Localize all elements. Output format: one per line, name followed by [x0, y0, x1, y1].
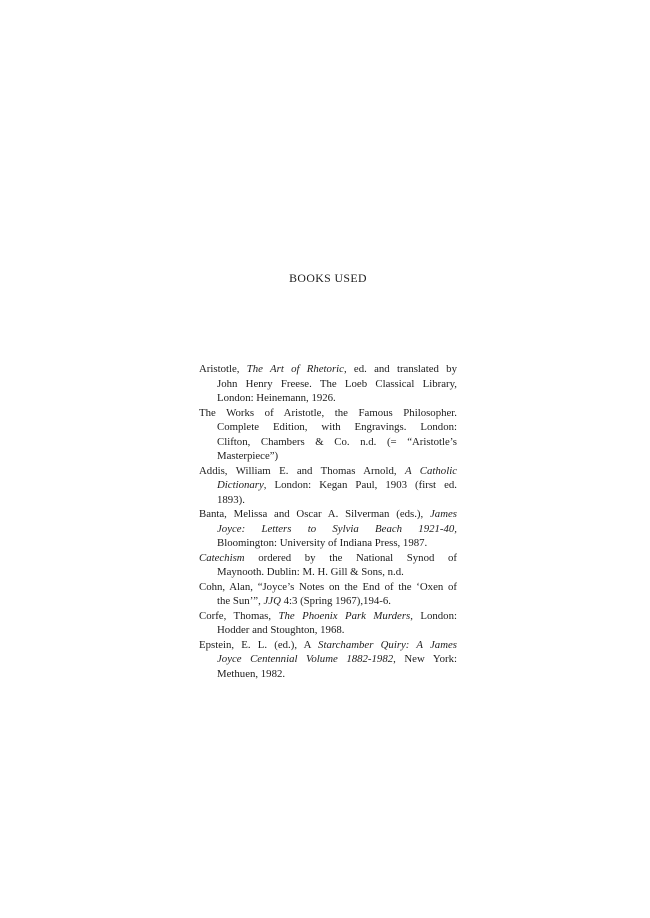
bib-line: Maynooth. Dublin: M. H. Gill & Sons, n.d…: [199, 565, 457, 580]
text-segment: The Works of Aristotle, the Famous Philo…: [199, 407, 457, 419]
text-segment: Masterpiece”): [217, 450, 278, 462]
bib-line: Masterpiece”): [199, 449, 457, 464]
book-title-italic: Catechism: [199, 552, 245, 564]
book-title-italic: Starchamber Quiry: A James: [318, 639, 457, 651]
bibliography-entry: Cohn, Alan, “Joyce’s Notes on the End of…: [199, 580, 457, 609]
bib-line: Complete Edition, with Engravings. Londo…: [199, 420, 457, 435]
text-segment: , London:: [410, 610, 457, 622]
bibliography-entry: The Works of Aristotle, the Famous Philo…: [199, 406, 457, 464]
bibliography-entry: Corfe, Thomas, The Phoenix Park Murders,…: [199, 609, 457, 638]
bibliography: Aristotle, The Art of Rhetoric, ed. and …: [199, 362, 457, 681]
text-segment: the Sun’”,: [217, 595, 263, 607]
book-title-italic: James: [430, 508, 457, 520]
bib-line: the Sun’”, JJQ 4:3 (Spring 1967),194-6.: [199, 594, 457, 609]
bib-line: Clifton, Chambers & Co. n.d. (= “Aristot…: [199, 435, 457, 450]
text-segment: ordered by the National Synod of: [245, 552, 457, 564]
bib-line: Joyce Centennial Volume 1882-1982, New Y…: [199, 652, 457, 667]
text-segment: Complete Edition, with Engravings. Londo…: [217, 421, 457, 433]
text-segment: Cohn, Alan, “Joyce’s Notes on the End of…: [199, 581, 457, 593]
book-title-italic: The Art of Rhetoric: [247, 363, 344, 375]
book-title-italic: Joyce: Letters to Sylvia Beach 1921-40,: [217, 523, 457, 535]
book-page: BOOKS USED Aristotle, The Art of Rhetori…: [0, 0, 650, 918]
bib-line: Cohn, Alan, “Joyce’s Notes on the End of…: [199, 580, 457, 595]
text-segment: Aristotle,: [199, 363, 247, 375]
bibliography-entry: Catechism ordered by the National Synod …: [199, 551, 457, 580]
bib-line: Hodder and Stoughton, 1968.: [199, 623, 457, 638]
page-title: BOOKS USED: [199, 271, 457, 285]
text-segment: Maynooth. Dublin: M. H. Gill & Sons, n.d…: [217, 566, 404, 578]
bibliography-entry: Epstein, E. L. (ed.), A Starchamber Quir…: [199, 638, 457, 682]
text-segment: Methuen, 1982.: [217, 668, 285, 680]
text-segment: London: Heinemann, 1926.: [217, 392, 336, 404]
bib-line: Aristotle, The Art of Rhetoric, ed. and …: [199, 362, 457, 377]
bib-line: The Works of Aristotle, the Famous Philo…: [199, 406, 457, 421]
text-segment: Corfe, Thomas,: [199, 610, 279, 622]
text-segment: Banta, Melissa and Oscar A. Silverman (e…: [199, 508, 430, 520]
bib-line: John Henry Freese. The Loeb Classical Li…: [199, 377, 457, 392]
text-segment: Clifton, Chambers & Co. n.d. (= “Aristot…: [217, 436, 457, 448]
book-title-italic: The Phoenix Park Murders: [279, 610, 411, 622]
bib-line: Dictionary, London: Kegan Paul, 1903 (fi…: [199, 478, 457, 493]
bib-line: Bloomington: University of Indiana Press…: [199, 536, 457, 551]
text-segment: 4:3 (Spring 1967),194-6.: [281, 595, 391, 607]
bib-line: Corfe, Thomas, The Phoenix Park Murders,…: [199, 609, 457, 624]
text-segment: Addis, William E. and Thomas Arnold,: [199, 465, 405, 477]
bib-line: 1893).: [199, 493, 457, 508]
text-segment: John Henry Freese. The Loeb Classical Li…: [217, 378, 457, 390]
text-segment: Bloomington: University of Indiana Press…: [217, 537, 427, 549]
bibliography-entry: Aristotle, The Art of Rhetoric, ed. and …: [199, 362, 457, 406]
text-segment: 1893).: [217, 494, 245, 506]
text-segment: Epstein, E. L. (ed.), A: [199, 639, 318, 651]
book-title-italic: Joyce Centennial Volume 1882-1982: [217, 653, 393, 665]
bibliography-entry: Banta, Melissa and Oscar A. Silverman (e…: [199, 507, 457, 551]
book-title-italic: A Catholic: [405, 465, 457, 477]
bib-line: Epstein, E. L. (ed.), A Starchamber Quir…: [199, 638, 457, 653]
bib-line: Catechism ordered by the National Synod …: [199, 551, 457, 566]
book-title-italic: JJQ: [263, 595, 280, 607]
text-segment: , ed. and translated by: [344, 363, 457, 375]
bibliography-entry: Addis, William E. and Thomas Arnold, A C…: [199, 464, 457, 508]
bib-line: London: Heinemann, 1926.: [199, 391, 457, 406]
bib-line: Methuen, 1982.: [199, 667, 457, 682]
bib-line: Banta, Melissa and Oscar A. Silverman (e…: [199, 507, 457, 522]
bib-line: Joyce: Letters to Sylvia Beach 1921-40,: [199, 522, 457, 537]
text-segment: , New York:: [393, 653, 457, 665]
bib-line: Addis, William E. and Thomas Arnold, A C…: [199, 464, 457, 479]
text-segment: , London: Kegan Paul, 1903 (first ed.: [264, 479, 457, 491]
book-title-italic: Dictionary: [217, 479, 264, 491]
text-segment: Hodder and Stoughton, 1968.: [217, 624, 344, 636]
